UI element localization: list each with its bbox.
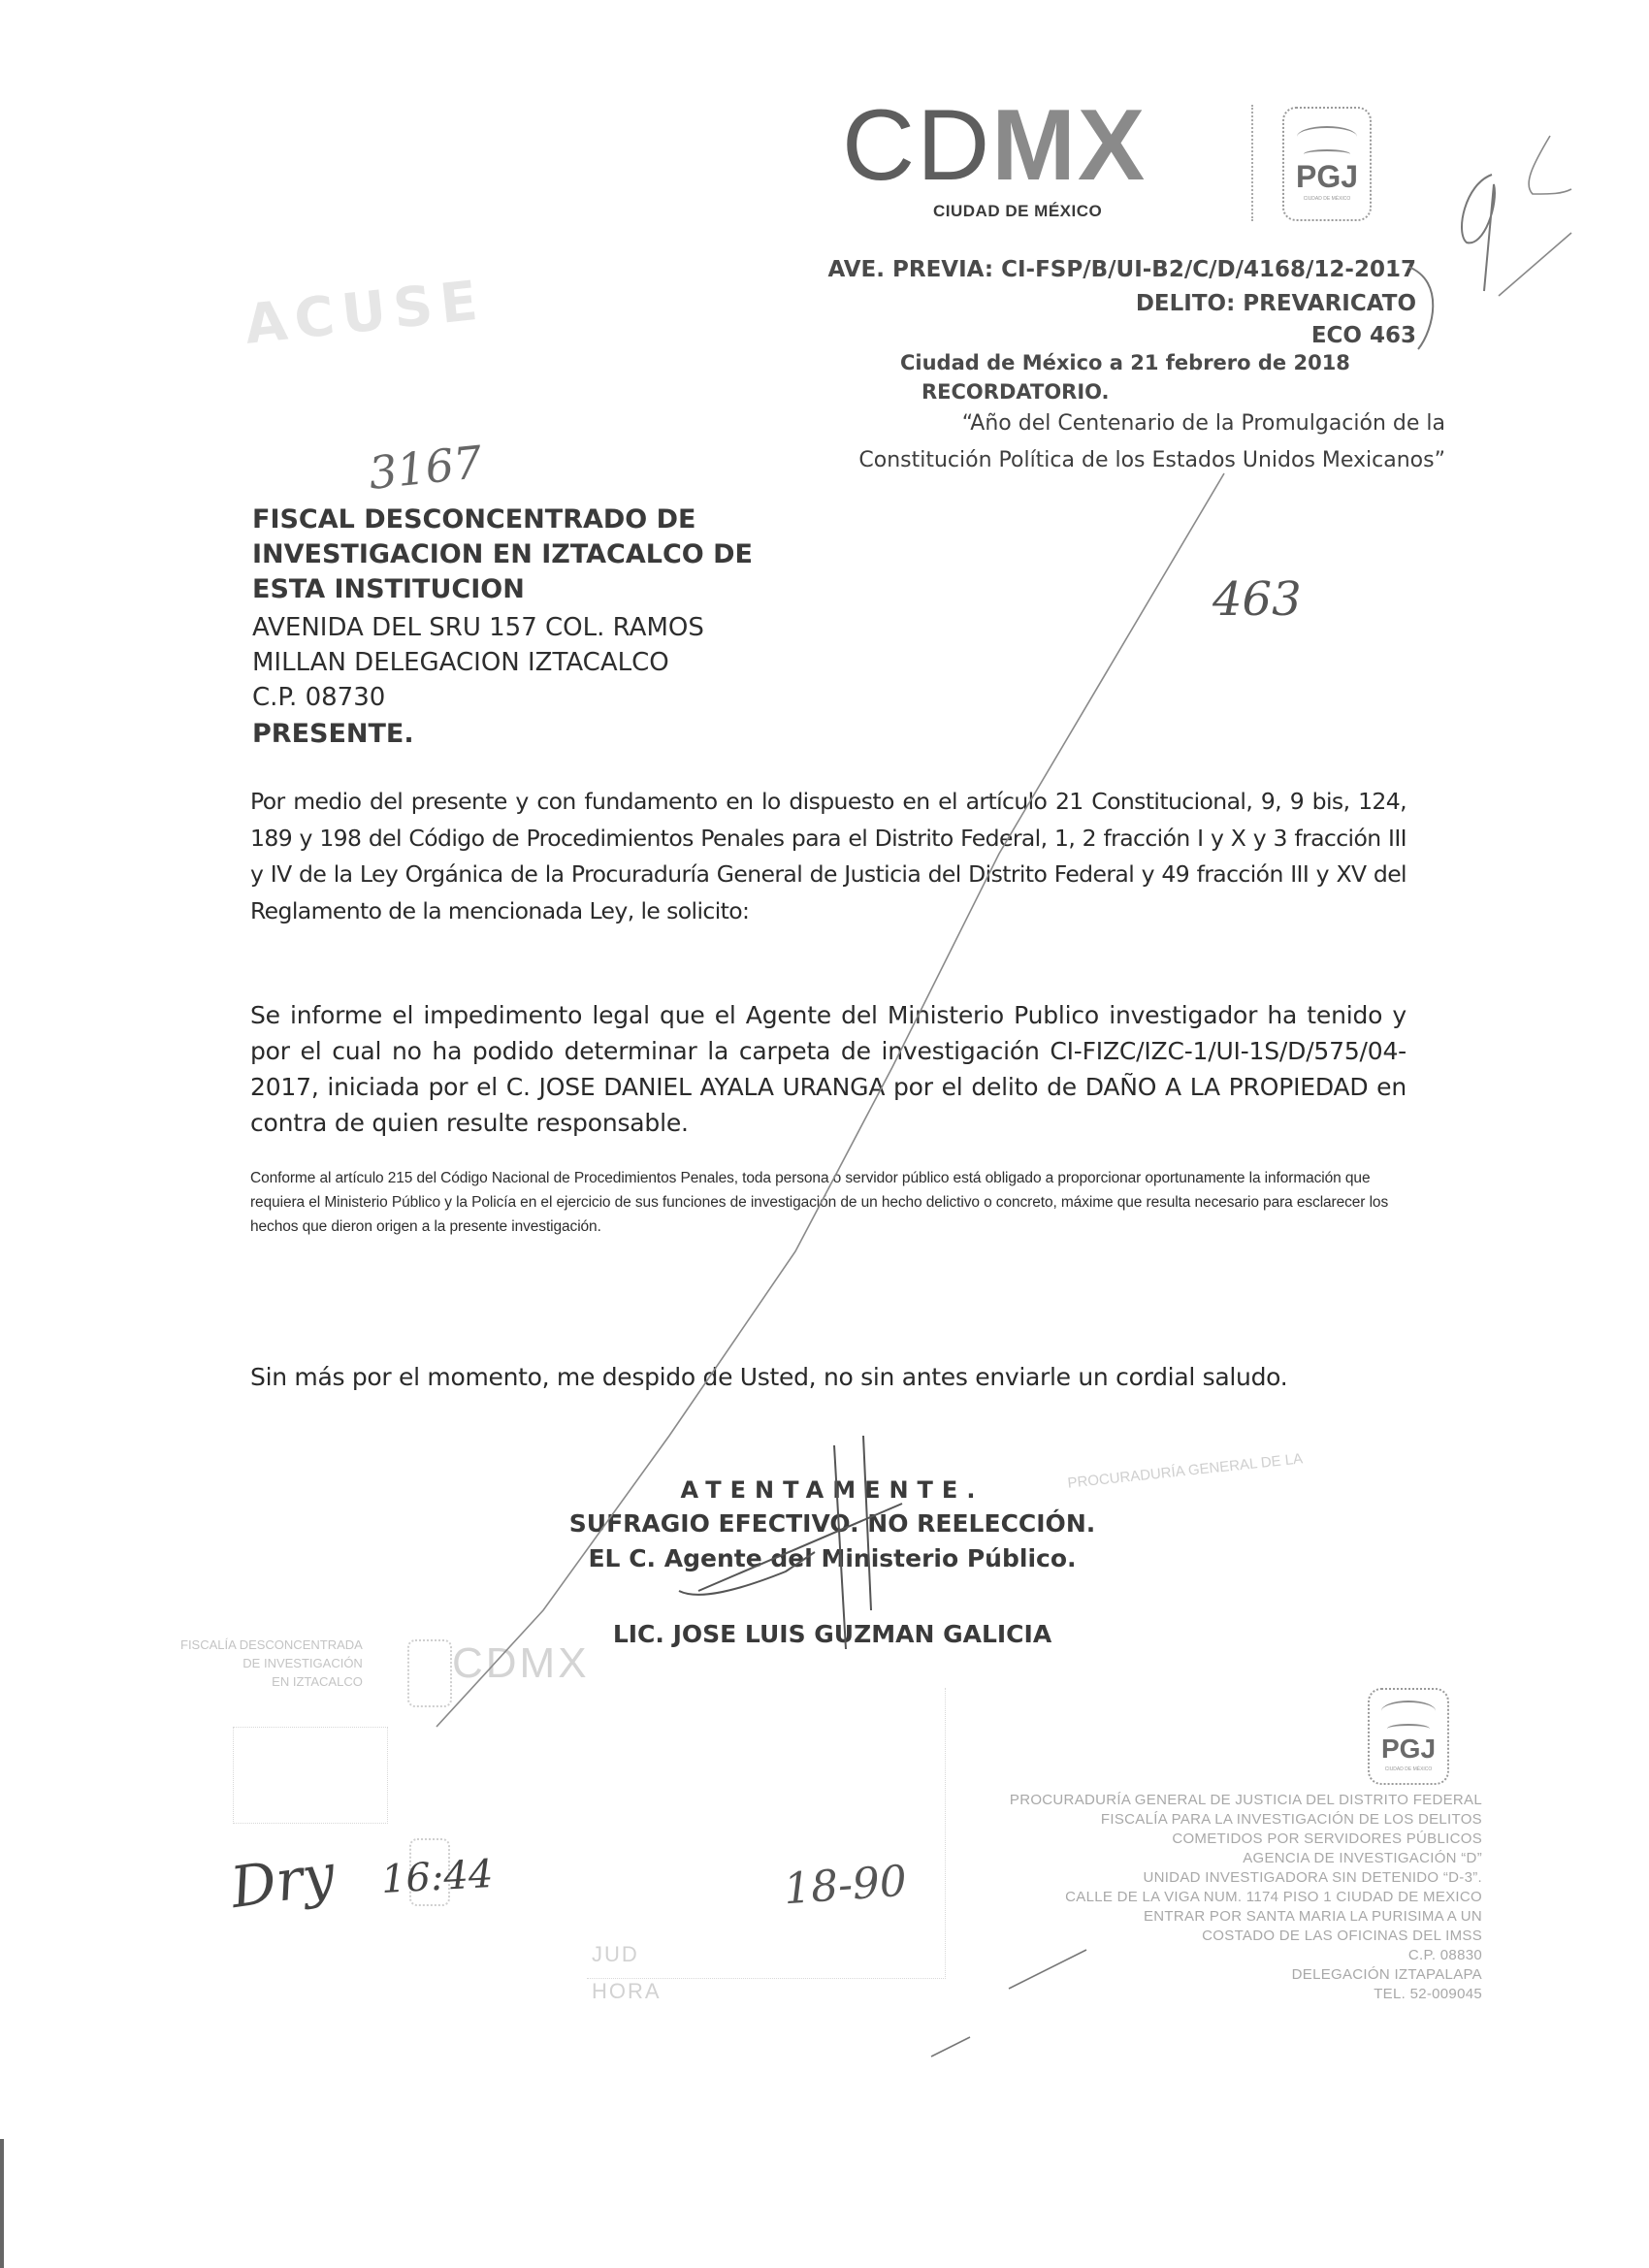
closing-line: Sin más por el momento, me despido de Us… bbox=[250, 1363, 1287, 1391]
signer-role: EL C. Agente del Ministerio Público. bbox=[493, 1544, 1172, 1572]
office-address-line: UNIDAD INVESTIGADORA SIN DETENIDO “D-3”. bbox=[1143, 1870, 1482, 1885]
left-stamp-line: DE INVESTIGACIÓN bbox=[180, 1654, 363, 1672]
address-line: MILLAN DELEGACION IZTACALCO bbox=[252, 650, 669, 675]
logo-divider bbox=[1251, 105, 1253, 221]
presente-label: PRESENTE. bbox=[252, 721, 414, 747]
signer-name: LIC. JOSE LUIS GUZMAN GALICIA bbox=[493, 1620, 1172, 1648]
cdmx-logo-subtitle: CIUDAD DE MÉXICO bbox=[933, 202, 1102, 221]
handwritten-margin-number bbox=[1462, 175, 1495, 291]
addressee-line: INVESTIGACION EN IZTACALCO DE bbox=[252, 541, 753, 567]
handwritten-folio: 3167 bbox=[366, 436, 484, 500]
body-paragraph-1: Por medio del presente y con fundamento … bbox=[250, 784, 1406, 929]
eco-number: ECO 463 bbox=[1311, 323, 1416, 348]
office-address-line: ENTRAR POR SANTA MARIA LA PURISIMA A UN bbox=[1144, 1909, 1482, 1924]
address-line: C.P. 08730 bbox=[252, 685, 385, 710]
pgj-logo-subtitle: CIUDAD DE MÉXICO bbox=[1385, 1766, 1433, 1772]
left-stamp-text: FISCALÍA DESCONCENTRADA DE INVESTIGACIÓN… bbox=[180, 1636, 363, 1691]
pgj-logo-text: PGJ bbox=[1381, 1735, 1436, 1763]
office-address-line: TEL. 52-009045 bbox=[1374, 1987, 1482, 2001]
stamp-box bbox=[587, 1688, 946, 1979]
body-paragraph-2: Se informe el impedimento legal que el A… bbox=[250, 997, 1406, 1141]
cdmx-logo-bold: MX bbox=[991, 89, 1147, 202]
pgj-logo-icon: PGJ CIUDAD DE MÉXICO bbox=[1368, 1688, 1449, 1785]
office-address-line: DELEGACIÓN IZTAPALAPA bbox=[1292, 1967, 1482, 1982]
office-address-line: COSTADO DE LAS OFICINAS DEL IMSS bbox=[1202, 1928, 1482, 1943]
handwritten-initials: Dry bbox=[227, 1841, 339, 1921]
cdmx-logo: CDMX bbox=[842, 95, 1147, 196]
pgj-wave-icon bbox=[1304, 149, 1350, 159]
date-line: Ciudad de México a 21 febrero de 2018 bbox=[900, 351, 1350, 374]
pgj-logo-icon: PGJ CIUDAD DE MÉXICO bbox=[1282, 107, 1372, 221]
received-stamp: ACUSE bbox=[242, 269, 488, 357]
pen-stroke bbox=[1009, 1950, 1086, 1989]
left-stamp-line: EN IZTACALCO bbox=[180, 1672, 363, 1691]
handwritten-margin-number bbox=[1499, 136, 1571, 296]
left-stamp-line: FISCALÍA DESCONCENTRADA bbox=[180, 1636, 363, 1654]
handwritten-note: 18-90 bbox=[782, 1857, 908, 1915]
motto-line-1: “Año del Centenario de la Promulgación d… bbox=[962, 411, 1445, 436]
pgj-wave-icon bbox=[1387, 1724, 1430, 1733]
seal-icon bbox=[407, 1639, 452, 1707]
legal-note: Conforme al artículo 215 del Código Naci… bbox=[250, 1166, 1414, 1239]
office-address-line: AGENCIA DE INVESTIGACIÓN “D” bbox=[1243, 1851, 1482, 1865]
addressee-line: ESTA INSTITUCION bbox=[252, 576, 525, 602]
jud-label: JUD bbox=[592, 1942, 639, 1967]
pgj-logo-subtitle: CIUDAD DE MÉXICO bbox=[1304, 196, 1351, 202]
offense: DELITO: PREVARICATO bbox=[1136, 291, 1416, 316]
faded-number: 463 bbox=[1212, 572, 1302, 627]
pgj-wave-icon bbox=[1297, 126, 1357, 147]
handwritten-time: 16:44 bbox=[380, 1852, 495, 1902]
address-line: AVENIDA DEL SRU 157 COL. RAMOS bbox=[252, 615, 704, 640]
slogan: SUFRAGIO EFECTIVO. NO REELECCIÓN. bbox=[493, 1509, 1172, 1538]
reminder-label: RECORDATORIO. bbox=[921, 380, 1110, 404]
pgj-logo-text: PGJ bbox=[1296, 161, 1358, 192]
office-address-line: PROCURADURÍA GENERAL DE JUSTICIA DEL DIS… bbox=[1010, 1793, 1482, 1807]
cdmx-logo-thin: CD bbox=[842, 89, 991, 202]
case-number: AVE. PREVIA: CI-FSP/B/UI-B2/C/D/4168/12-… bbox=[828, 257, 1416, 282]
addressee-line: FISCAL DESCONCENTRADO DE bbox=[252, 506, 696, 533]
pgj-wave-icon bbox=[1381, 1701, 1436, 1722]
office-address-line: COMETIDOS POR SERVIDORES PÚBLICOS bbox=[1172, 1831, 1482, 1846]
left-stamp-cdmx: CDMX bbox=[452, 1639, 590, 1688]
hora-label: HORA bbox=[592, 1979, 662, 2004]
office-address-line: FISCALÍA PARA LA INVESTIGACIÓN DE LOS DE… bbox=[1101, 1812, 1482, 1827]
scan-edge bbox=[0, 2139, 4, 2268]
office-address-line: CALLE DE LA VIGA NUM. 1174 PISO 1 CIUDAD… bbox=[1065, 1890, 1482, 1904]
stamp-box bbox=[233, 1727, 388, 1824]
office-address-line: C.P. 08830 bbox=[1408, 1948, 1482, 1962]
faded-procuraduria-stamp: PROCURADURÍA GENERAL DE LA bbox=[1067, 1450, 1304, 1491]
signature-scribble bbox=[679, 1436, 902, 1649]
motto-line-2: Constitución Política de los Estados Uni… bbox=[858, 448, 1445, 472]
pen-stroke bbox=[931, 2037, 970, 2057]
